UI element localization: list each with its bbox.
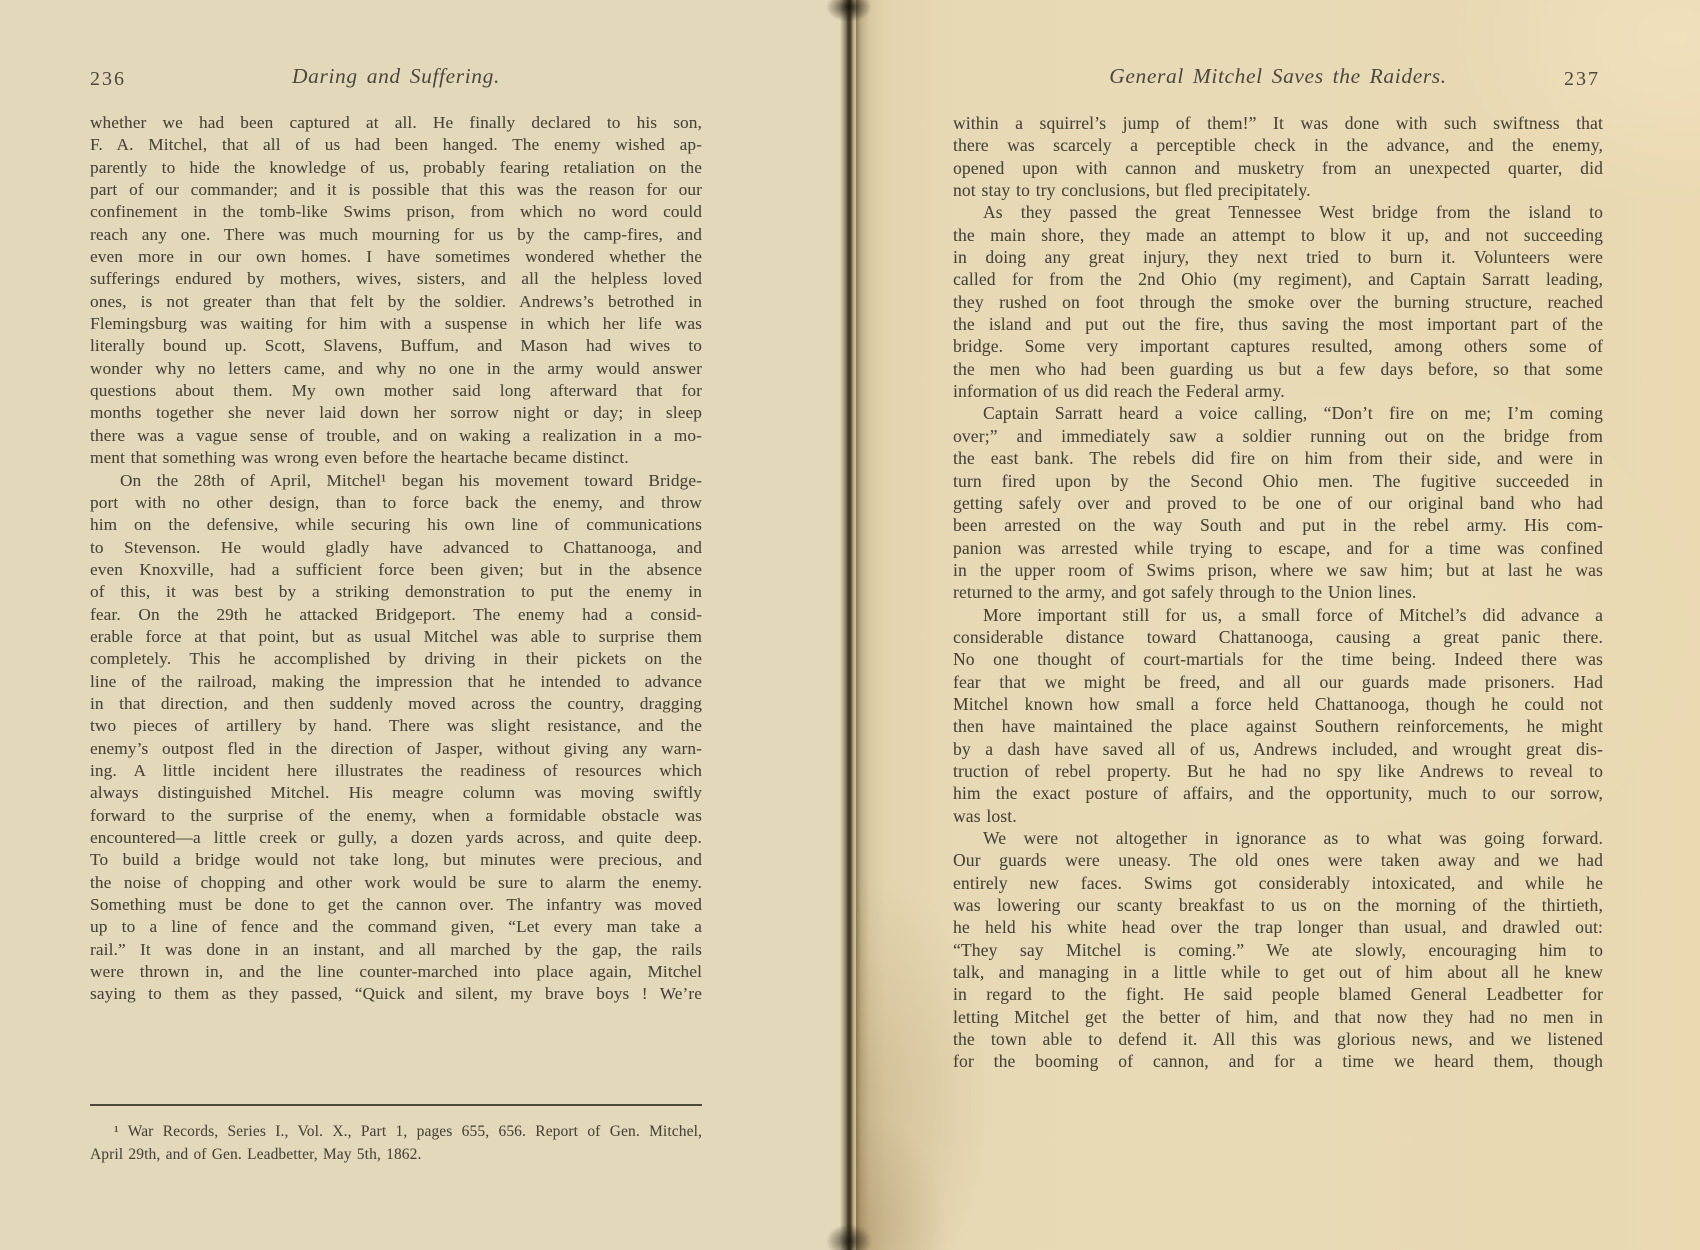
text-line: Something must be done to get the cannon… bbox=[90, 894, 702, 916]
text-line: forward to the surprise of the enemy, wh… bbox=[90, 805, 702, 827]
text-line: entirely new faces. Swims got considerab… bbox=[953, 872, 1603, 894]
text-line: sufferings endured by mothers, wives, si… bbox=[90, 268, 702, 290]
book-spread: 236 Daring and Suffering. whether we had… bbox=[0, 0, 1700, 1250]
text-line: fear that we might be freed, and all our… bbox=[953, 671, 1603, 693]
text-line: two pieces of artillery by hand. There w… bbox=[90, 715, 702, 737]
text-line: erable force at that point, but as usual… bbox=[90, 626, 702, 648]
text-line: reach any one. There was much mourning f… bbox=[90, 224, 702, 246]
text-line: him the exact posture of affairs, and th… bbox=[953, 782, 1603, 804]
page-number: 236 bbox=[90, 68, 126, 91]
text-line: To build a bridge would not take long, b… bbox=[90, 849, 702, 871]
text-line: part of our commander; and it is possibl… bbox=[90, 179, 702, 201]
text-line: opened upon with cannon and musketry fro… bbox=[953, 157, 1603, 179]
running-header: Daring and Suffering. bbox=[292, 64, 500, 89]
text-line: line of the railroad, making the impress… bbox=[90, 671, 702, 693]
text-line: in regard to the fight. He said people b… bbox=[953, 983, 1603, 1005]
page-body-text: whether we had been captured at all. He … bbox=[90, 112, 702, 1006]
text-line: in that direction, and then suddenly mov… bbox=[90, 693, 702, 715]
page-number: 237 bbox=[1564, 68, 1600, 91]
text-line: getting safely over and proved to be one… bbox=[953, 492, 1603, 514]
text-line: was lost. bbox=[953, 805, 1603, 827]
text-line: bridge. Some very important captures res… bbox=[953, 335, 1603, 357]
left-page-content: 236 Daring and Suffering. whether we had… bbox=[90, 62, 702, 1006]
text-line: As they passed the great Tennessee West … bbox=[953, 201, 1603, 223]
text-line: Our guards were uneasy. The old ones wer… bbox=[953, 849, 1603, 871]
text-line: rail.” It was done in an instant, and al… bbox=[90, 939, 702, 961]
text-line: port with no other design, than to force… bbox=[90, 492, 702, 514]
text-line: parently to hide the knowledge of us, pr… bbox=[90, 157, 702, 179]
text-line: No one thought of court-martials for the… bbox=[953, 648, 1603, 670]
text-line: considerable distance toward Chattanooga… bbox=[953, 626, 1603, 648]
text-line: On the 28th of April, Mitchel¹ began his… bbox=[90, 470, 702, 492]
text-line: completely. This he accomplished by driv… bbox=[90, 648, 702, 670]
text-line: the men who had been guarding us but a f… bbox=[953, 358, 1603, 380]
text-line: in the upper room of Swims prison, where… bbox=[953, 559, 1603, 581]
text-line: he held his white head over the trap lon… bbox=[953, 916, 1603, 938]
text-line: questions about them. My own mother said… bbox=[90, 380, 702, 402]
footnote: ¹ War Records, Series I., Vol. X., Part … bbox=[90, 1104, 702, 1166]
text-line: was lowering our scanty breakfast to us … bbox=[953, 894, 1603, 916]
text-line: information of us did reach the Federal … bbox=[953, 380, 1603, 402]
text-line: the main shore, they made an attempt to … bbox=[953, 224, 1603, 246]
text-line: enemy’s outpost fled in the direction of… bbox=[90, 738, 702, 760]
text-line: there was scarcely a perceptible check i… bbox=[953, 134, 1603, 156]
text-line: the island and put out the fire, thus sa… bbox=[953, 313, 1603, 335]
running-header: General Mitchel Saves the Raiders. bbox=[1109, 64, 1447, 89]
text-line: always distinguished Mitchel. His meagre… bbox=[90, 782, 702, 804]
text-line: Flemingsburg was waiting for him with a … bbox=[90, 313, 702, 335]
text-line: within a squirrel’s jump of them!” It wa… bbox=[953, 112, 1603, 134]
text-line: then have maintained the place against S… bbox=[953, 715, 1603, 737]
text-line: saying to them as they passed, “Quick an… bbox=[90, 983, 702, 1005]
text-line: months together she never laid down her … bbox=[90, 402, 702, 424]
text-line: talk, and managing in a little while to … bbox=[953, 961, 1603, 983]
text-line: ing. A little incident here illustrates … bbox=[90, 760, 702, 782]
text-line: wonder why no letters came, and why no o… bbox=[90, 358, 702, 380]
text-line: panion was arrested while trying to esca… bbox=[953, 537, 1603, 559]
text-line: by a dash have saved all of us, Andrews … bbox=[953, 738, 1603, 760]
text-line: to Stevenson. He would gladly have advan… bbox=[90, 537, 702, 559]
text-line: whether we had been captured at all. He … bbox=[90, 112, 702, 134]
book-gutter bbox=[840, 0, 858, 1250]
text-line: even Knoxville, had a sufficient force b… bbox=[90, 559, 702, 581]
text-line: even more in our own homes. I have somet… bbox=[90, 246, 702, 268]
text-line: ment that something was wrong even befor… bbox=[90, 447, 702, 469]
text-line: been arrested on the way South and put i… bbox=[953, 514, 1603, 536]
text-line: Mitchel known how small a force held Cha… bbox=[953, 693, 1603, 715]
text-line: the noise of chopping and other work wou… bbox=[90, 872, 702, 894]
text-line: in doing any great injury, they next tri… bbox=[953, 246, 1603, 268]
text-line: letting Mitchel get the better of him, a… bbox=[953, 1006, 1603, 1028]
text-line: fear. On the 29th he attacked Bridgeport… bbox=[90, 604, 702, 626]
right-page-content: General Mitchel Saves the Raiders. 237 w… bbox=[953, 62, 1603, 1073]
text-line: confinement in the tomb-like Swims priso… bbox=[90, 201, 702, 223]
text-line: encountered—a little creek or gully, a d… bbox=[90, 827, 702, 849]
right-header-row: General Mitchel Saves the Raiders. 237 bbox=[953, 62, 1603, 102]
text-line: of this, it was best by a striking demon… bbox=[90, 581, 702, 603]
text-line: him on the defensive, while securing his… bbox=[90, 514, 702, 536]
text-line: “They say Mitchel is coming.” We ate slo… bbox=[953, 939, 1603, 961]
text-line: More important still for us, a small for… bbox=[953, 604, 1603, 626]
text-line: ¹ War Records, Series I., Vol. X., Part … bbox=[90, 1120, 702, 1143]
page-body-text: within a squirrel’s jump of them!” It wa… bbox=[953, 112, 1603, 1073]
text-line: called for from the 2nd Ohio (my regimen… bbox=[953, 268, 1603, 290]
footnote-text: ¹ War Records, Series I., Vol. X., Part … bbox=[90, 1120, 702, 1166]
text-line: ones, is not greater than that felt by t… bbox=[90, 291, 702, 313]
text-line: for the booming of cannon, and for a tim… bbox=[953, 1050, 1603, 1072]
text-line: We were not altogether in ignorance as t… bbox=[953, 827, 1603, 849]
text-line: literally bound up. Scott, Slavens, Buff… bbox=[90, 335, 702, 357]
text-line: over;” and immediately saw a soldier run… bbox=[953, 425, 1603, 447]
text-line: returned to the army, and got safely thr… bbox=[953, 581, 1603, 603]
text-line: truction of rebel property. But he had n… bbox=[953, 760, 1603, 782]
text-line: Captain Sarratt heard a voice calling, “… bbox=[953, 402, 1603, 424]
text-line: turn fired upon by the Second Ohio men. … bbox=[953, 470, 1603, 492]
footnote-rule bbox=[90, 1104, 702, 1106]
text-line: the east bank. The rebels did fire on hi… bbox=[953, 447, 1603, 469]
text-line: F. A. Mitchel, that all of us had been h… bbox=[90, 134, 702, 156]
text-line: up to a line of fence and the command gi… bbox=[90, 916, 702, 938]
text-line: not stay to try conclusions, but fled pr… bbox=[953, 179, 1603, 201]
left-header-row: 236 Daring and Suffering. bbox=[90, 62, 702, 102]
text-line: they rushed on foot through the smoke ov… bbox=[953, 291, 1603, 313]
text-line: there was a vague sense of trouble, and … bbox=[90, 425, 702, 447]
text-line: were thrown in, and the line counter-mar… bbox=[90, 961, 702, 983]
text-line: April 29th, and of Gen. Leadbetter, May … bbox=[90, 1143, 702, 1166]
text-line: the town able to defend it. All this was… bbox=[953, 1028, 1603, 1050]
